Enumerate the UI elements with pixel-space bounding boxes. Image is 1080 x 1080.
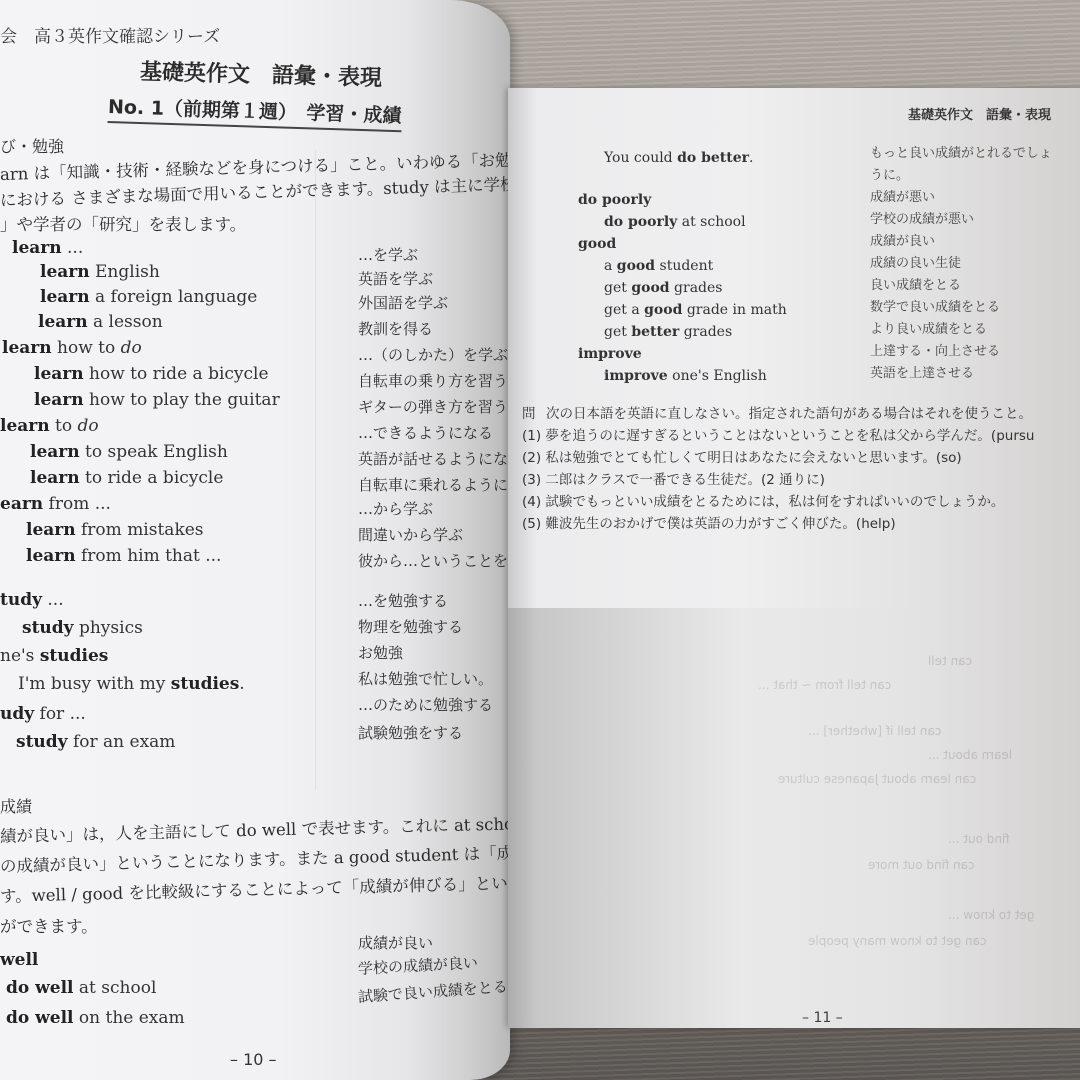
bleed-through-text: get to know ... (948, 908, 1034, 922)
vocab-entry: do poorly (578, 192, 651, 208)
vocab-entry: do well at school (6, 978, 156, 998)
vocab-translation: …を学ぶ (358, 244, 418, 265)
vocab-translation: 成績が良い (358, 932, 433, 953)
vocab-entry: get a good grade in math (604, 302, 787, 318)
vocab-translation: 上達する・向上させる (870, 340, 1000, 359)
vocab-entry: improve (578, 346, 642, 362)
column-divider (315, 150, 316, 790)
vocab-entry: good (578, 236, 616, 252)
vocab-translation: 成績が悪い (870, 186, 935, 205)
vocab-translation: 良い成績をとる (870, 274, 961, 293)
vocab-translation: ギターの弾き方を習う (358, 396, 508, 417)
vocab-translation: 間違いから学ぶ (358, 524, 463, 545)
vocab-entry: learn ... (12, 238, 83, 258)
bleed-through-text: can get to know many people (808, 934, 987, 948)
bleed-through-text: can find out more (868, 858, 975, 872)
exercise-question: (5) 難波先生のおかげで僕は英語の力がすごく伸びた。(help) (522, 512, 896, 532)
exercise-question: (3) 二郎はクラスで一番できる生徒だ。(2 通りに) (522, 468, 825, 488)
vocab-translation: 成績が良い (870, 230, 935, 249)
vocab-entry: ne's studies (0, 646, 108, 666)
vocab-entry: I'm busy with my studies. (18, 674, 245, 694)
vocab-entry: You could do better. (604, 150, 753, 166)
bleed-through-text: can tell from ~ that ... (758, 678, 891, 692)
vocab-entry: learn from mistakes (26, 520, 204, 540)
vocab-translation: 学校の成績が悪い (870, 208, 974, 227)
left-page: 会 高３英作文確認シリーズ 基礎英作文 語彙・表現 No. 1（前期第１週） 学… (0, 0, 510, 1080)
vocab-translation: 自転車の乗り方を習う (358, 370, 508, 391)
vocab-entry: learn how to play the guitar (34, 390, 280, 410)
vocab-entry: learn to do (0, 416, 99, 436)
vocab-translation: 試験勉強をする (358, 722, 463, 743)
vocab-translation: 英語が話せるようになる (358, 448, 523, 469)
vocab-translation: 試験で良い成績をとる (357, 976, 508, 1007)
vocab-entry: learn from him that ... (26, 546, 221, 566)
exercise-instruction: 次の日本語を英語に直しなさい。指定された語句がある場合はそれを使うこと。 (546, 402, 1032, 422)
vocab-translation: 数学で良い成績をとる (870, 296, 1000, 315)
series-header: 会 高３英作文確認シリーズ (0, 22, 220, 47)
vocab-entry: tudy ... (0, 590, 64, 610)
vocab-entry: learn to ride a bicycle (30, 468, 223, 488)
vocab-entry: udy for ... (0, 704, 86, 724)
bleed-through-text: can learn about Japanese culture (778, 772, 976, 786)
vocab-translation: もっと良い成績がとれるでしょ (870, 142, 1052, 161)
vocab-translation: …（のしかた）を学ぶ (358, 344, 508, 365)
vocab-translation: …できるようになる (358, 422, 493, 443)
intro-line: 」や学者の「研究」を表します。 (0, 212, 246, 238)
vocab-entry: study for an exam (16, 732, 175, 752)
bleed-through-text: find out ... (948, 832, 1010, 846)
section-heading-study: び・勉強 (0, 134, 64, 157)
vocab-translation: 学校の成績が良い (357, 952, 478, 979)
vocab-entry: learn how to do (2, 338, 142, 358)
lesson-subtitle: No. 1（前期第１週） 学習・成績 (108, 92, 402, 132)
intro-line: ができます。 (0, 914, 98, 940)
exercise-question: (1) 夢を追うのに遅すぎるということはないということを私は父から学んだ。(pu… (522, 424, 1034, 444)
vocab-entry: do poorly at school (604, 214, 746, 230)
vocab-translation: 成績の良い生徒 (870, 252, 961, 271)
bleed-through-text: can tell if [whether] ... (808, 724, 941, 738)
vocab-entry: learn how to ride a bicycle (34, 364, 269, 384)
exercise-question: (2) 私は勉強でとても忙しくて明日はあなたに会えないと思います。(so) (522, 446, 962, 466)
exercise-label: 問 (522, 402, 536, 422)
vocab-translation: うに。 (870, 164, 909, 183)
vocab-translation: …を勉強する (358, 590, 448, 611)
vocab-entry: get better grades (604, 324, 732, 340)
vocab-translation: より良い成績をとる (870, 318, 987, 337)
vocab-translation: 私は勉強で忙しい。 (358, 668, 493, 689)
vocab-translation: お勉強 (358, 642, 403, 663)
vocab-entry: a good student (604, 258, 713, 274)
running-header: 基礎英作文 語彙・表現 (908, 104, 1051, 123)
vocab-entry: learn a foreign language (40, 287, 257, 307)
vocab-translation: …から学ぶ (358, 498, 433, 519)
page-title: 基礎英作文 語彙・表現 (140, 55, 383, 92)
vocab-translation: …のために勉強する (358, 694, 493, 715)
vocab-entry: learn a lesson (38, 312, 163, 332)
vocab-entry: well (0, 950, 38, 970)
vocab-entry: earn from ... (0, 494, 111, 514)
bleed-through-text: can tell (928, 654, 972, 668)
vocab-entry: learn to speak English (30, 442, 228, 462)
bleed-through-text: learn about ... (928, 748, 1012, 762)
vocab-entry: get good grades (604, 280, 722, 296)
vocab-entry: learn English (40, 262, 160, 282)
vocab-translation: 教訓を得る (358, 318, 433, 339)
vocab-translation: 外国語を学ぶ (358, 292, 448, 313)
section-heading-grades: 成績 (0, 794, 32, 817)
page-number: – 11 – (802, 1010, 843, 1026)
exercise-question: (4) 試験でもっといい成績をとるためには，私は何をすればいいのでしょうか。 (522, 490, 1004, 510)
vocab-entry: study physics (22, 618, 143, 638)
vocab-entry: do well on the exam (6, 1008, 185, 1028)
vocab-translation: 英語を学ぶ (358, 268, 433, 289)
right-page: 基礎英作文 語彙・表現 You could do better. もっと良い成績… (508, 88, 1080, 1028)
page-number: – 10 – (230, 1050, 277, 1069)
vocab-entry: improve one's English (604, 368, 767, 384)
vocab-translation: 英語を上達させる (870, 362, 974, 381)
vocab-translation: 物理を勉強する (358, 616, 463, 637)
